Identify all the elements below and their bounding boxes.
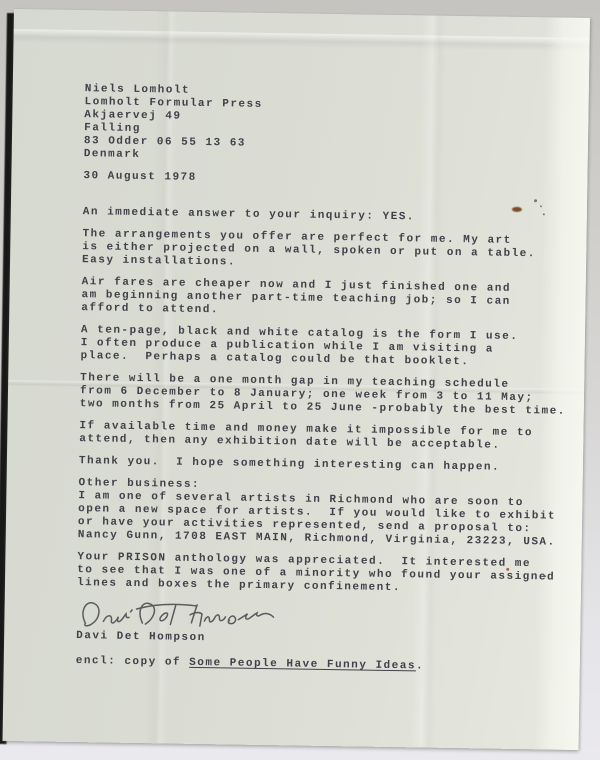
paragraph: Other business: I am one of several arti… <box>78 477 579 550</box>
paragraph: There will be a one month gap in my teac… <box>80 372 581 419</box>
letter-paper: Niels Lomholt Lomholt Formular Press Akj… <box>3 9 590 750</box>
enclosure-prefix: encl: copy of <box>76 655 190 669</box>
signature-block: Davi Det Hompson <box>76 598 577 651</box>
letter-body: Niels Lomholt Lomholt Formular Press Akj… <box>76 83 585 676</box>
paragraph: The arrangements you offer are perfect f… <box>82 228 583 275</box>
handwritten-signature <box>78 598 274 633</box>
paragraph: An immediate answer to your inquiry: YES… <box>83 206 583 227</box>
enclosure-title: Some People Have Funny Ideas <box>189 657 416 673</box>
enclosure-period: . <box>416 660 424 672</box>
paragraph: If available time and money make it impo… <box>79 420 579 454</box>
paragraph: A ten-page, black and white catalog is t… <box>80 324 581 371</box>
paragraph: Air fares are cheaper now and I just fin… <box>81 276 582 323</box>
date-line: 30 August 1978 <box>83 170 583 191</box>
typed-signature-name: Davi Det Hompson <box>76 630 576 651</box>
paragraph: Your PRISON anthology was appreciated. I… <box>77 551 578 598</box>
recipient-block: Niels Lomholt Lomholt Formular Press Akj… <box>84 83 585 169</box>
paragraph: Thank you. I hope something interesting … <box>79 455 579 476</box>
paragraph-line: Thank you. I hope something interesting … <box>79 455 579 476</box>
paragraph-line: An immediate answer to your inquiry: YES… <box>83 206 583 227</box>
fold-crease-top <box>13 29 589 52</box>
photo-background: Niels Lomholt Lomholt Formular Press Akj… <box>0 0 600 760</box>
